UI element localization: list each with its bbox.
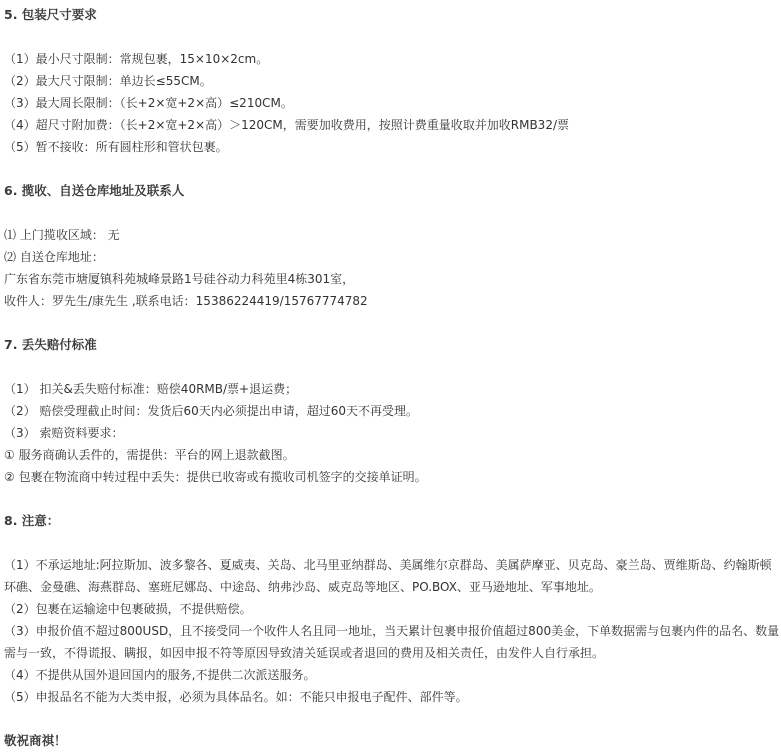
list-item: ⑵ 自送仓库地址： — [4, 246, 781, 268]
section-warehouse-address: 6. 揽收、自送仓库地址及联系人 ⑴ 上门揽收区域： 无 ⑵ 自送仓库地址： 广… — [4, 180, 781, 334]
list-item: （5）暂不接收：所有圆柱形和管状包裹。 — [4, 136, 781, 158]
contact-info: 收件人：罗先生/康先生 ,联系电话：15386224419/1576777478… — [4, 290, 781, 312]
section-title: 5. 包装尺寸要求 — [4, 4, 781, 26]
section-title: 8. 注意： — [4, 510, 781, 532]
section-title: 7. 丢失赔付标准 — [4, 334, 781, 356]
list-item: （4）不提供从国外退回国内的服务,不提供二次派送服务。 — [4, 664, 781, 686]
list-item: （5）申报品名不能为大类申报，必须为具体品名。如：不能只申报电子配件、部件等。 — [4, 686, 781, 708]
list-item: （1） 扣关&丢失赔付标准：赔偿40RMB/票+退运费； — [4, 378, 781, 400]
list-item: ① 服务商确认丢件的，需提供：平台的网上退款截图。 — [4, 444, 781, 466]
list-item: ⑴ 上门揽收区域： 无 — [4, 224, 781, 246]
section-packaging-size: 5. 包装尺寸要求 （1）最小尺寸限制：常规包裹，15×10×2cm。 （2）最… — [4, 4, 781, 180]
section-title: 6. 揽收、自送仓库地址及联系人 — [4, 180, 781, 202]
list-item: （3） 索赔资料要求： — [4, 422, 781, 444]
list-item: ② 包裹在物流商中转过程中丢失：提供已收寄或有揽收司机签字的交接单证明。 — [4, 466, 781, 488]
closing-greeting: 敬祝商祺！ — [4, 730, 781, 752]
list-item: （3）申报价值不超过800USD，且不接受同一个收件人名且同一地址，当天累计包裹… — [4, 620, 781, 664]
list-item: （2）包裹在运输途中包裹破损，不提供赔偿。 — [4, 598, 781, 620]
list-item: （1）不承运地址:阿拉斯加、波多黎各、夏威夷、关岛、北马里亚纳群岛、美属维尔京群… — [4, 554, 781, 598]
document: 5. 包装尺寸要求 （1）最小尺寸限制：常规包裹，15×10×2cm。 （2）最… — [0, 0, 781, 752]
list-item: （2）最大尺寸限制：单边长≤55CM。 — [4, 70, 781, 92]
list-item: （4）超尺寸附加费：（长+2×宽+2×高）＞120CM，需要加收费用，按照计费重… — [4, 114, 781, 136]
warehouse-address: 广东省东莞市塘厦镇科苑城峰景路1号硅谷动力科苑里4栋301室， — [4, 268, 781, 290]
section-notes: 8. 注意： （1）不承运地址:阿拉斯加、波多黎各、夏威夷、关岛、北马里亚纳群岛… — [4, 510, 781, 730]
list-item: （3）最大周长限制：（长+2×宽+2×高）≤210CM。 — [4, 92, 781, 114]
list-item: （2） 赔偿受理截止时间：发货后60天内必须提出申请，超过60天不再受理。 — [4, 400, 781, 422]
section-loss-compensation: 7. 丢失赔付标准 （1） 扣关&丢失赔付标准：赔偿40RMB/票+退运费； （… — [4, 334, 781, 510]
list-item: （1）最小尺寸限制：常规包裹，15×10×2cm。 — [4, 48, 781, 70]
